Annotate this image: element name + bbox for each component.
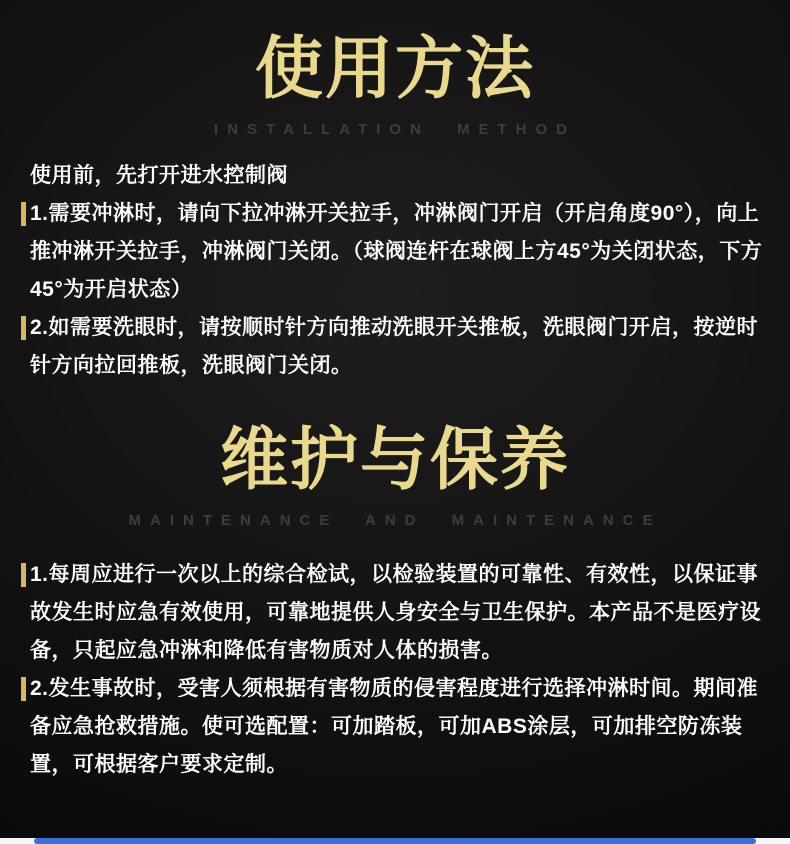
gold-marker-bar: [21, 316, 26, 340]
maintenance-item-2: 2.发生事故时，受害人须根据有害物质的侵害程度进行选择冲淋时间。期间准备应急抢救…: [0, 670, 790, 784]
blue-divider-bar: [34, 838, 756, 844]
gold-marker-bar: [21, 202, 26, 226]
usage-intro-text: 使用前，先打开进水控制阀: [30, 164, 288, 187]
maintenance-section: 维护与保养 MAINTENANCE AND MAINTENANCE 1.每周应进…: [0, 421, 790, 784]
usage-item-1-text: 1.需要冲淋时，请向下拉冲淋开关拉手，冲淋阀门开启（开启角度90°），向上推冲淋…: [30, 202, 762, 301]
usage-text-block: 使用前，先打开进水控制阀 1.需要冲淋时，请向下拉冲淋开关拉手，冲淋阀门开启（开…: [0, 157, 790, 385]
maintenance-item-2-text: 2.发生事故时，受害人须根据有害物质的侵害程度进行选择冲淋时间。期间准备应急抢救…: [30, 677, 758, 776]
gold-marker-bar: [21, 677, 26, 701]
usage-item-2: 2.如需要洗眼时，请按顺时针方向推动洗眼开关推板，洗眼阀门开启，按逆时针方向拉回…: [0, 309, 790, 385]
usage-title: 使用方法: [0, 30, 790, 108]
maintenance-subtitle-en: MAINTENANCE AND MAINTENANCE: [0, 512, 790, 530]
usage-item-2-text: 2.如需要洗眼时，请按顺时针方向推动洗眼开关推板，洗眼阀门开启，按逆时针方向拉回…: [30, 316, 758, 377]
next-section-edge: [0, 838, 790, 844]
product-detail-page: 使用方法 INSTALLATION METHOD 使用前，先打开进水控制阀 1.…: [0, 0, 790, 844]
usage-intro: 使用前，先打开进水控制阀: [0, 157, 790, 195]
maintenance-item-1: 1.每周应进行一次以上的综合检试，以检验装置的可靠性、有效性，以保证事故发生时应…: [0, 556, 790, 670]
usage-item-1: 1.需要冲淋时，请向下拉冲淋开关拉手，冲淋阀门开启（开启角度90°），向上推冲淋…: [0, 195, 790, 309]
maintenance-title: 维护与保养: [0, 421, 790, 499]
usage-section: 使用方法 INSTALLATION METHOD 使用前，先打开进水控制阀 1.…: [0, 0, 790, 385]
gold-marker-bar: [21, 563, 26, 587]
maintenance-text-block: 1.每周应进行一次以上的综合检试，以检验装置的可靠性、有效性，以保证事故发生时应…: [0, 556, 790, 784]
maintenance-item-1-text: 1.每周应进行一次以上的综合检试，以检验装置的可靠性、有效性，以保证事故发生时应…: [30, 563, 761, 662]
usage-subtitle-en: INSTALLATION METHOD: [0, 121, 790, 139]
